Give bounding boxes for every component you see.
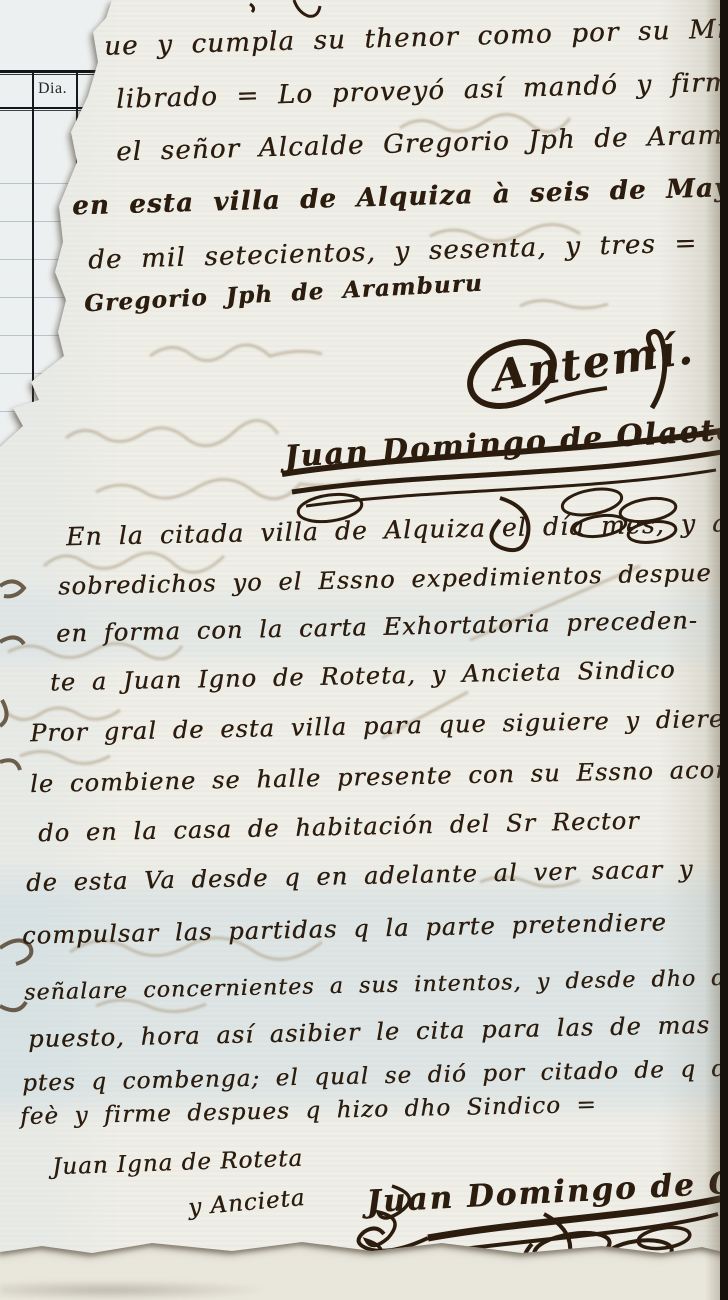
sindico-signature-line1: Juan Igna de Roteta bbox=[52, 1146, 304, 1181]
alcalde-signature: Gregorio Jph de Aramburu bbox=[84, 270, 484, 318]
manuscript-page-wrap: ue y cumpla su thenor como por su Mrd fu… bbox=[0, 0, 728, 1300]
page-edge-shading bbox=[705, 0, 721, 1300]
ante-mi-text: Antemí. bbox=[490, 324, 698, 402]
body-line: do en la casa de habitación del Sr Recto… bbox=[38, 807, 640, 848]
body-line: En la citada villa de Alquiza el día mes… bbox=[66, 508, 728, 552]
scanned-document-page: Dia. bbox=[0, 0, 728, 1300]
body-line: sobredichos yo el Essno expedimientos de… bbox=[58, 557, 728, 600]
top-cropped-flourish bbox=[250, 0, 320, 16]
opening-line: ue y cumpla su thenor como por su Mrd fu… bbox=[104, 12, 728, 62]
body-line: en forma con la carta Exhortatoria prece… bbox=[56, 606, 698, 647]
body-line: te a Juan Igno de Roteta, y Ancieta Sind… bbox=[50, 655, 676, 696]
notary-signature-middle: Juan Domingo de Olaeta bbox=[283, 412, 728, 475]
opening-line: librado = Lo proveyó así mandó y firmó bbox=[116, 67, 728, 115]
scan-edge-dark-strip bbox=[720, 0, 728, 1300]
body-line: compulsar las partidas q la parte preten… bbox=[22, 908, 667, 949]
opening-line: de mil setecientos, y sesenta, y tres = bbox=[88, 228, 698, 275]
body-line: de esta Va desde q en adelante al ver sa… bbox=[26, 855, 694, 897]
body-line: señalare concernientes a sus intentos, y… bbox=[24, 965, 728, 1005]
body-line: Pror gral de esta villa para que siguier… bbox=[30, 705, 725, 748]
manuscript-page: ue y cumpla su thenor como por su Mrd fu… bbox=[0, 0, 728, 1300]
sindico-signature-line2: y Ancieta bbox=[187, 1185, 306, 1221]
body-line: feè y firme despues q hizo dho Sindico = bbox=[20, 1092, 597, 1130]
opening-line: en esta villa de Alquiza à seis de Mayo bbox=[72, 173, 728, 222]
body-line: le combiene se halle presente con su Ess… bbox=[30, 754, 728, 798]
bottom-edge-smudge bbox=[0, 1280, 270, 1300]
body-line: ptes q combenga; el qual se dió por cita… bbox=[22, 1055, 728, 1096]
opening-line: el señor Alcalde Gregorio Jph de Arambur… bbox=[116, 119, 728, 168]
body-line: puesto, hora así asibier le cita para la… bbox=[28, 1011, 711, 1053]
notary-signature-bottom: Juan Domingo de Olaeta bbox=[365, 1160, 728, 1220]
